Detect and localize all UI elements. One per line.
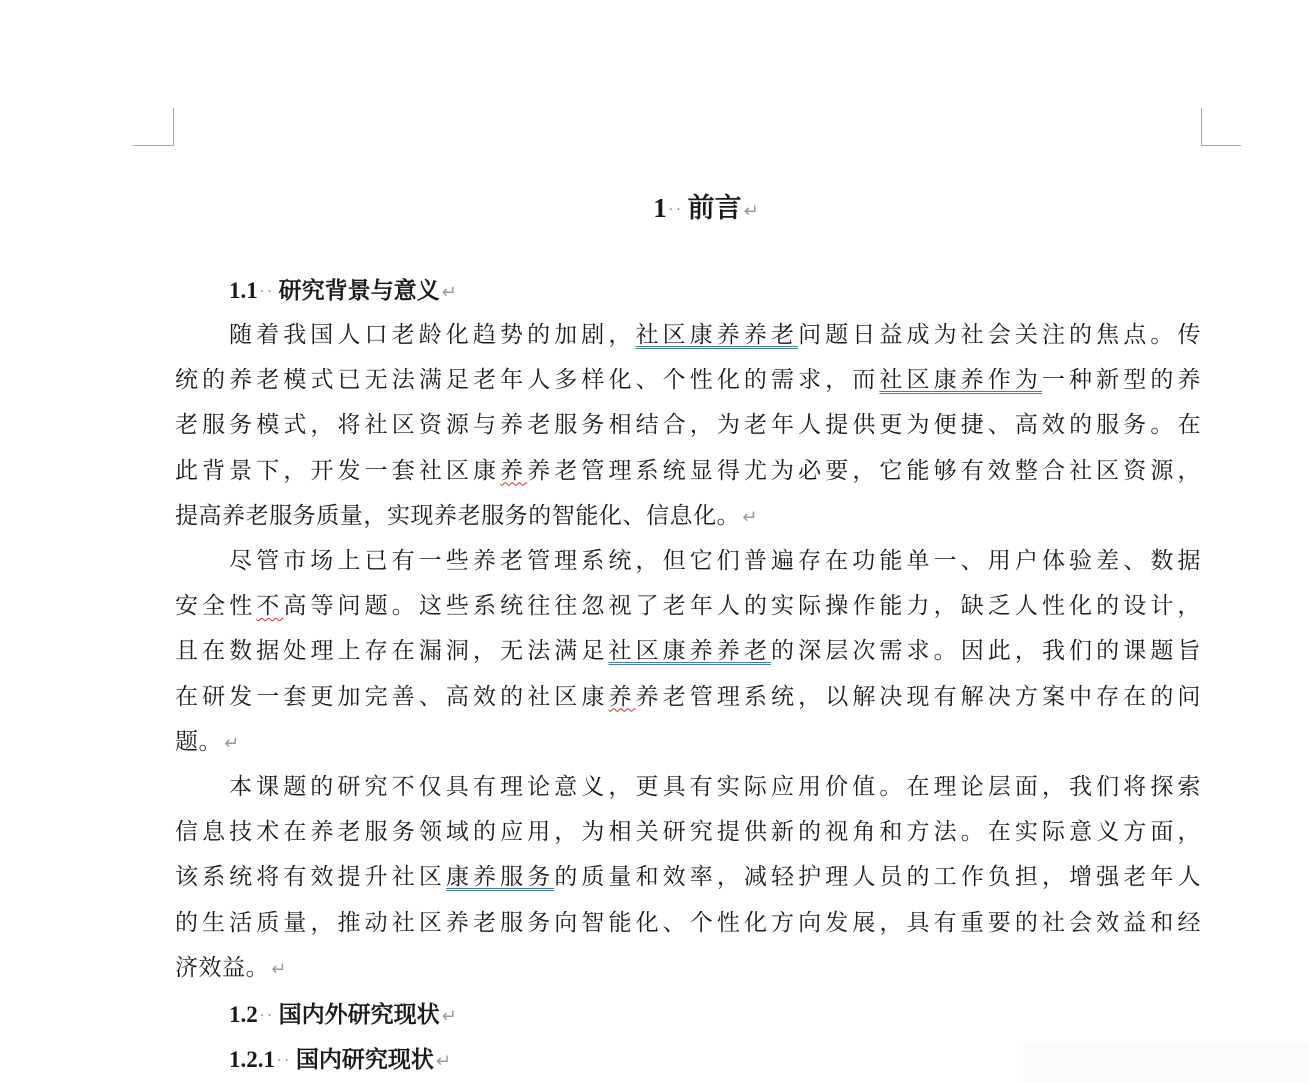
tab-marker: ·· [258, 284, 279, 300]
paragraph-mark-icon: ↵ [744, 201, 759, 222]
heading-1[interactable]: 1··前言↵ [175, 190, 1201, 230]
paragraph-mark-icon: ↵ [436, 1051, 451, 1072]
page-corner-mark-top-right [1201, 108, 1241, 146]
spelling-flagged-text: 养 [500, 458, 527, 484]
tab-marker: ·· [667, 202, 688, 218]
text-run: 一种新型的养 [1042, 367, 1201, 393]
text-run: 提高养老服务质量，实现养老服务的智能化、信息化。 [175, 503, 740, 529]
text-line: 且在数据处理上存在漏洞，无法满足社区康养养老的深层次需求。因此，我们的课题旨 [175, 629, 1201, 674]
heading-1-2[interactable]: 1.2··国内外研究现状↵ [229, 999, 457, 1033]
heading-number: 1.2 [229, 1002, 258, 1027]
page-corner-mark-top-left [133, 108, 174, 146]
text-run: 济效益。 [175, 955, 269, 981]
spelling-flagged-text: 养 [608, 684, 635, 710]
text-run: 统的养老模式已无法满足老年人多样化、个性化的需求，而 [175, 367, 879, 393]
text-line: 题。↵ [175, 720, 1201, 766]
text-line: 统的养老模式已无法满足老年人多样化、个性化的需求，而社区康养作为一种新型的养 [175, 358, 1201, 403]
heading-title: 研究背景与意义 [279, 277, 440, 304]
text-line: 此背景下，开发一套社区康养养老管理系统显得尤为必要，它能够有效整合社区资源， [175, 449, 1201, 494]
heading-number: 1.2.1 [229, 1047, 275, 1072]
text-line: 信息技术在养老服务领域的应用，为相关研究提供新的视角和方法。在实际意义方面， [175, 810, 1201, 855]
text-line: 的生活质量，推动社区养老服务向智能化、个性化方向发展，具有重要的社会效益和经 [175, 901, 1201, 946]
text-line: 安全性不高等问题。这些系统往往忽视了老年人的实际操作能力，缺乏人性化的设计， [175, 584, 1201, 629]
text-run: 高等问题。这些系统往往忽视了老年人的实际操作能力，缺乏人性化的设计， [283, 593, 1201, 619]
grammar-flagged-text: 社区康养作为 [879, 367, 1042, 393]
text-run: 的生活质量，推动社区养老服务向智能化、个性化方向发展，具有重要的社会效益和经 [175, 910, 1201, 936]
text-run: 养老管理系统显得尤为必要，它能够有效整合社区资源， [527, 458, 1201, 484]
paragraph-mark-icon: ↵ [442, 1006, 457, 1027]
text-line: 老服务模式，将社区资源与养老服务相结合，为老年人提供更为便捷、高效的服务。在 [175, 403, 1201, 448]
heading-title: 国内外研究现状 [279, 1001, 440, 1028]
text-run: 题。 [175, 729, 222, 755]
text-run: 信息技术在养老服务领域的应用，为相关研究提供新的视角和方法。在实际意义方面， [175, 819, 1201, 845]
heading-1-2-1[interactable]: 1.2.1··国内研究现状↵ [229, 1044, 451, 1078]
text-run: 安全性 [175, 593, 256, 619]
grammar-flagged-text: 康养服务 [446, 864, 554, 890]
text-line: 本课题的研究不仅具有理论意义，更具有实际应用价值。在理论层面，我们将探索 [175, 765, 1201, 810]
text-line: 在研发一套更加完善、高效的社区康养养老管理系统，以解决现有解决方案中存在的问 [175, 675, 1201, 720]
text-run: 老服务模式，将社区资源与养老服务相结合，为老年人提供更为便捷、高效的服务。在 [175, 412, 1201, 438]
text-run: 且在数据处理上存在漏洞，无法满足 [175, 638, 608, 664]
paragraph[interactable]: 本课题的研究不仅具有理论意义，更具有实际应用价值。在理论层面，我们将探索信息技术… [175, 765, 1201, 992]
heading-number: 1.1 [229, 278, 258, 303]
text-run: 问题日益成为社会关注的焦点。传 [798, 322, 1201, 348]
paragraph[interactable]: 随着我国人口老龄化趋势的加剧，社区康养养老问题日益成为社会关注的焦点。传统的养老… [175, 313, 1201, 540]
paragraph-mark-icon: ↵ [442, 282, 457, 303]
text-run: 的质量和效率，减轻护理人员的工作负担，增强老年人 [554, 864, 1201, 890]
text-run: 养老管理系统，以解决现有解决方案中存在的问 [636, 684, 1201, 710]
paragraph-mark-icon: ↵ [224, 733, 240, 754]
tab-marker: ·· [275, 1053, 296, 1069]
paragraph[interactable]: 尽管市场上已有一些养老管理系统，但它们普遍存在功能单一、用户体验差、数据安全性不… [175, 539, 1201, 766]
tab-marker: ·· [258, 1008, 279, 1024]
text-run: 的深层次需求。因此，我们的课题旨 [771, 638, 1201, 664]
paragraph-mark-icon: ↵ [742, 507, 758, 528]
grammar-flagged-text: 社区康养养老 [608, 638, 771, 664]
spelling-flagged-text: 不 [256, 593, 283, 619]
text-run: 在研发一套更加完善、高效的社区康 [175, 684, 608, 710]
text-line: 济效益。↵ [175, 946, 1201, 992]
background-overlay [1023, 1043, 1309, 1083]
text-run: 该系统将有效提升社区 [175, 864, 446, 890]
text-line: 尽管市场上已有一些养老管理系统，但它们普遍存在功能单一、用户体验差、数据 [175, 539, 1201, 584]
heading-title: 国内研究现状 [296, 1046, 434, 1073]
heading-number: 1 [653, 193, 667, 223]
heading-1-1[interactable]: 1.1··研究背景与意义↵ [229, 275, 457, 309]
grammar-flagged-text: 社区康养养老 [635, 322, 798, 348]
text-run: 本课题的研究不仅具有理论意义，更具有实际应用价值。在理论层面，我们将探索 [229, 774, 1201, 800]
paragraph-mark-icon: ↵ [271, 959, 287, 980]
text-line: 该系统将有效提升社区康养服务的质量和效率，减轻护理人员的工作负担，增强老年人 [175, 855, 1201, 900]
text-line: 随着我国人口老龄化趋势的加剧，社区康养养老问题日益成为社会关注的焦点。传 [175, 313, 1201, 358]
text-run: 随着我国人口老龄化趋势的加剧， [229, 322, 635, 348]
heading-title: 前言 [688, 193, 742, 224]
text-run: 此背景下，开发一套社区康 [175, 458, 500, 484]
text-line: 提高养老服务质量，实现养老服务的智能化、信息化。↵ [175, 494, 1201, 540]
text-run: 尽管市场上已有一些养老管理系统，但它们普遍存在功能单一、用户体验差、数据 [229, 548, 1201, 574]
